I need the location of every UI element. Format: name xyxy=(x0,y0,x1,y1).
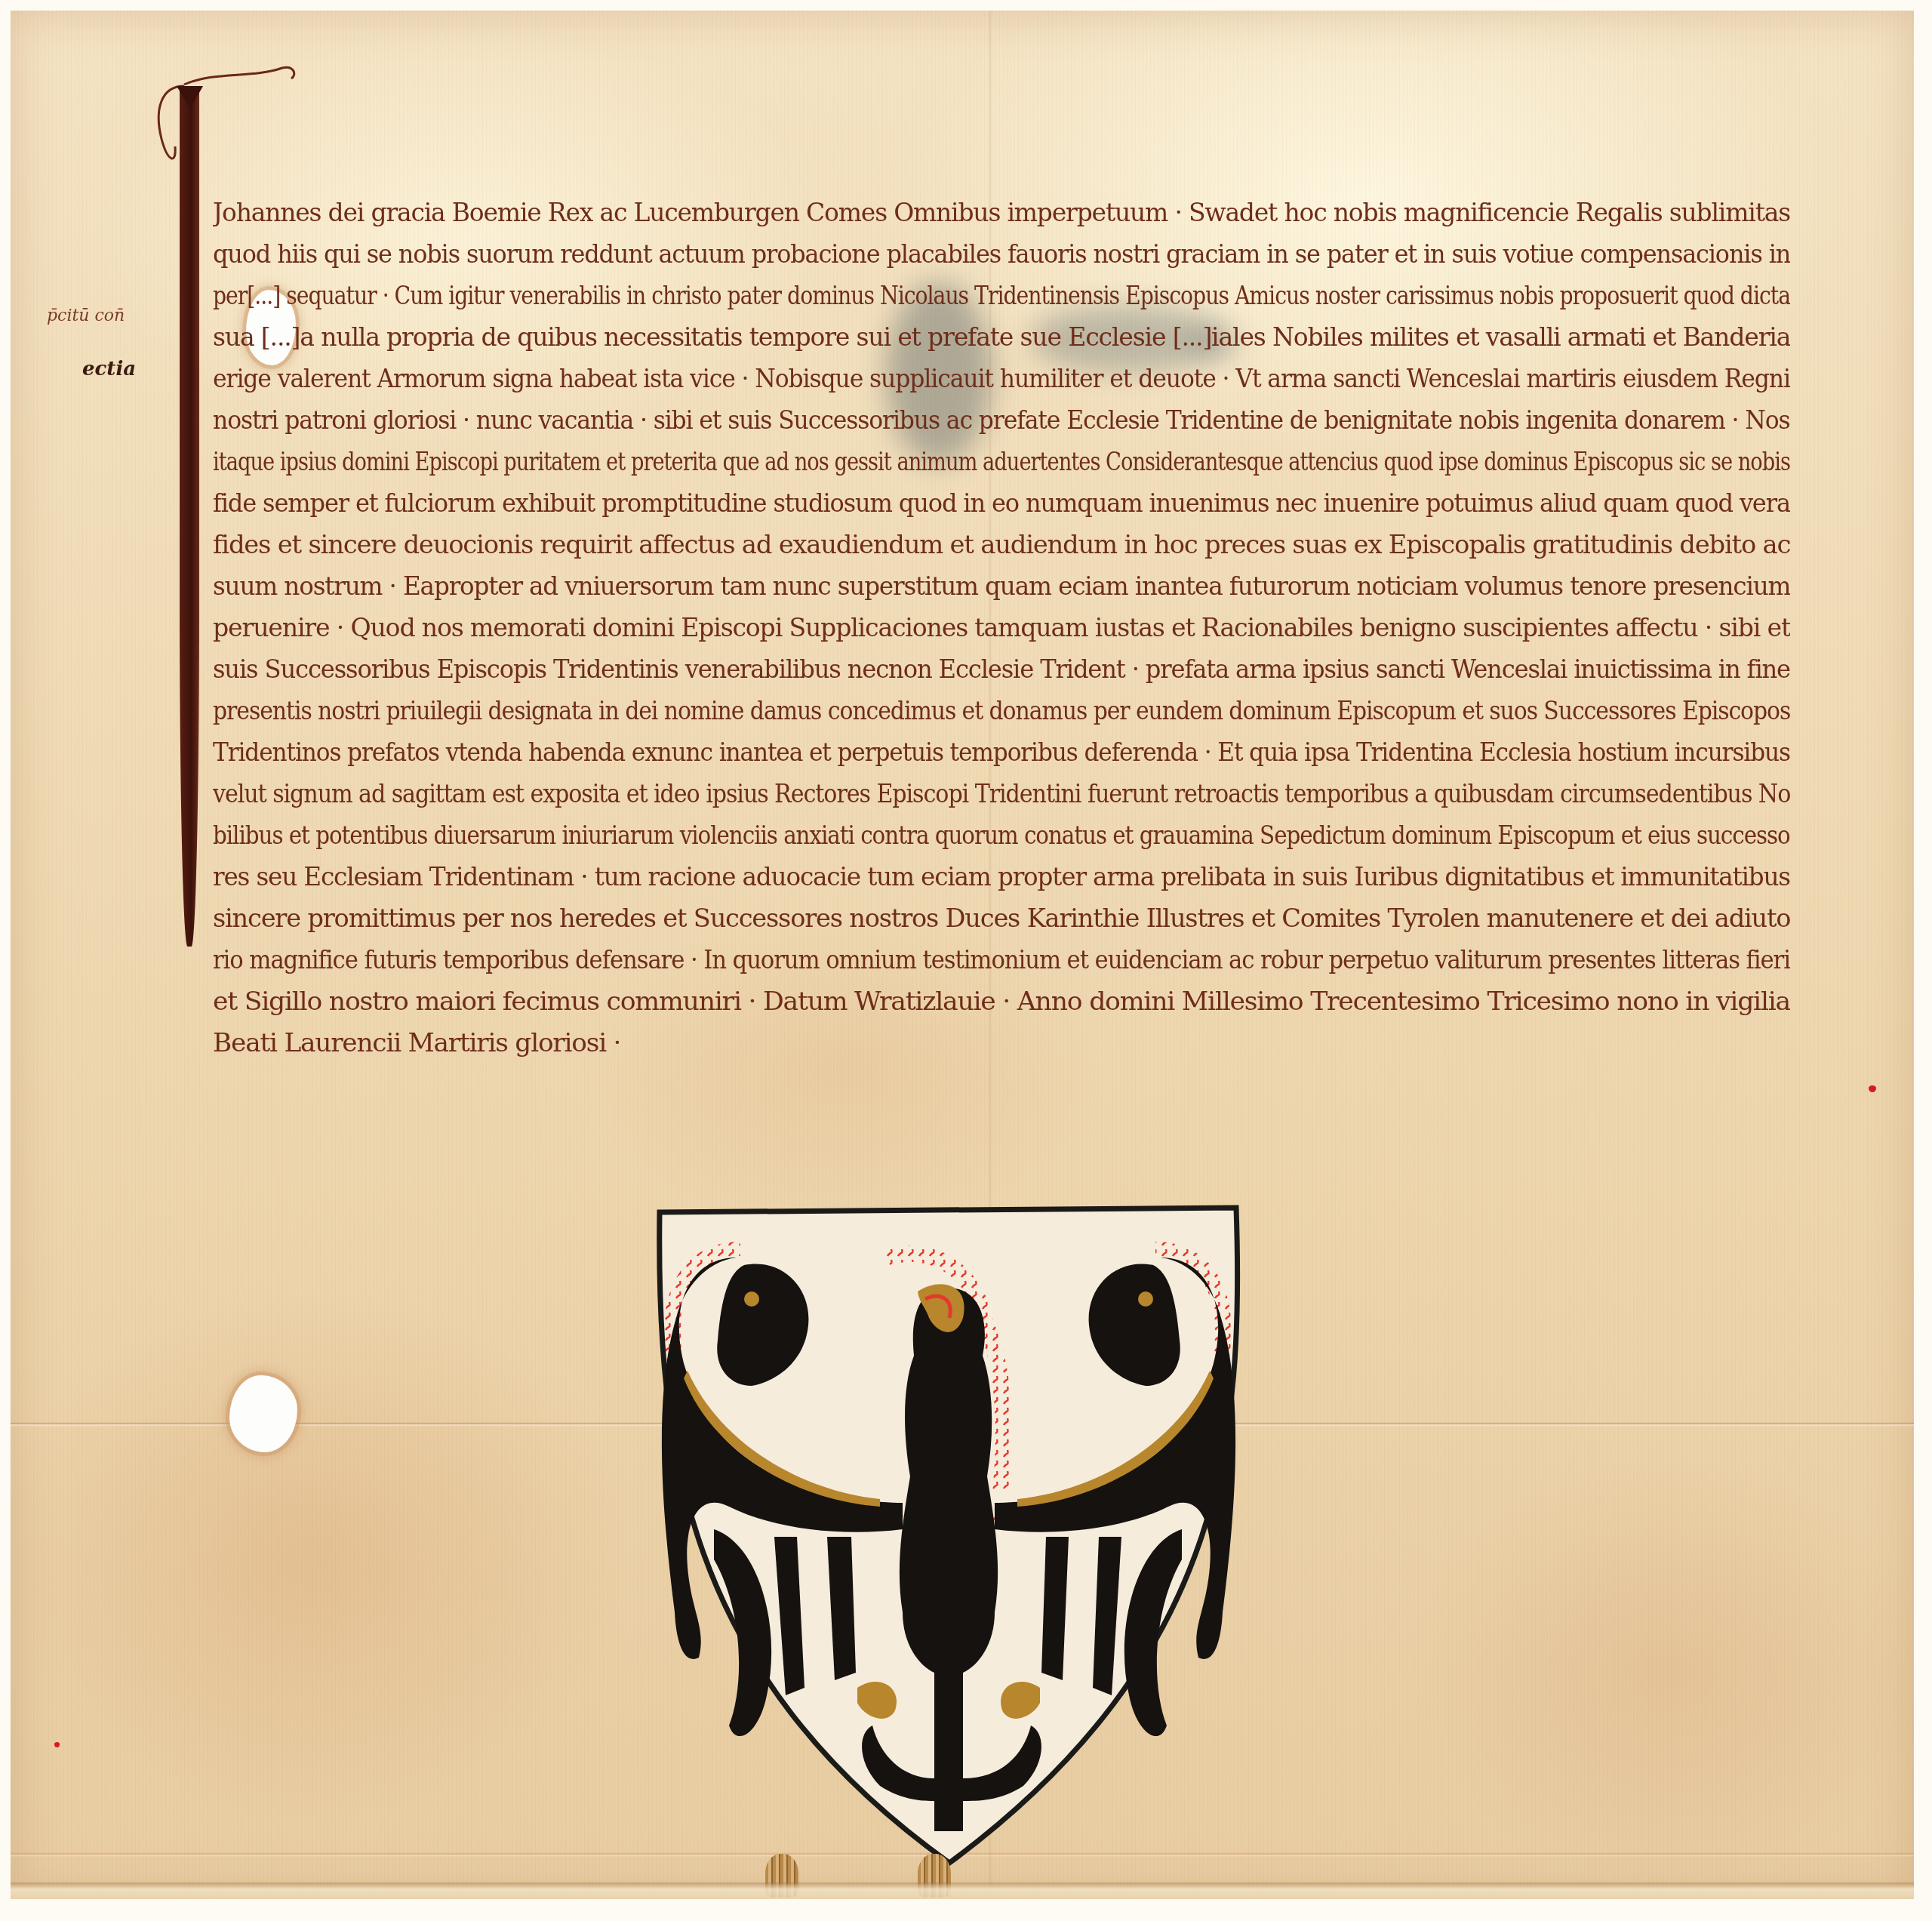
text-line: peruenire · Quod nos memorati domini Epi… xyxy=(213,607,1790,648)
parchment-fold-bottom xyxy=(11,1883,1914,1899)
text-line: bilibus et potentibus diuersarum iniuria… xyxy=(213,814,1790,856)
parchment-sheet: p̄citū con̄ ectia Johannes dei gracia Bo… xyxy=(11,11,1914,1899)
text-line: fide semper et fulciorum exhibuit prompt… xyxy=(213,482,1790,524)
margin-note: p̄citū con̄ xyxy=(47,306,125,325)
text-line: erige valerent Armorum signa habeat ista… xyxy=(213,358,1790,399)
coat-of-arms-eagle-icon xyxy=(654,1205,1244,1869)
text-line: sincere promittimus per nos heredes et S… xyxy=(213,897,1790,939)
text-line: itaque ipsius domini Episcopi puritatem … xyxy=(213,441,1790,482)
text-line: per[...] sequatur · Cum igitur venerabil… xyxy=(213,275,1790,316)
text-line: res seu Ecclesiam Tridentinam · tum raci… xyxy=(213,856,1790,897)
text-line: quod hiis qui se nobis suorum reddunt ac… xyxy=(213,233,1790,275)
decorated-initial xyxy=(162,71,214,947)
text-line: suum nostrum · Eapropter ad vniuersorum … xyxy=(213,565,1790,607)
parchment-hole xyxy=(229,1375,297,1452)
text-line: nostri patroni gloriosi · nunc vacantia … xyxy=(213,399,1790,441)
text-line: suis Successoribus Episcopis Tridentinis… xyxy=(213,648,1790,690)
text-line: Johannes dei gracia Boemie Rex ac Lucemb… xyxy=(213,192,1790,233)
text-line: sua [...]a nulla propria de quibus neces… xyxy=(213,316,1790,358)
red-ink-dot xyxy=(1869,1085,1876,1092)
text-line: rio magnifice futuris temporibus defensa… xyxy=(213,939,1790,981)
text-line: et Sigillo nostro maiori fecimus communi… xyxy=(213,981,1790,1022)
text-line: fides et sincere deuocionis requirit aff… xyxy=(213,524,1790,565)
text-line: Tridentinos prefatos vtenda habenda exnu… xyxy=(213,731,1790,773)
text-line: velut signum ad sagittam est exposita et… xyxy=(213,773,1790,814)
red-ink-dot xyxy=(54,1742,60,1747)
text-line: Beati Laurencii Martiris gloriosi · xyxy=(213,1022,620,1064)
margin-note: ectia xyxy=(82,358,136,380)
charter-text: Johannes dei gracia Boemie Rex ac Lucemb… xyxy=(213,192,1790,1064)
text-line: presentis nostri priuilegii designata in… xyxy=(213,690,1790,731)
